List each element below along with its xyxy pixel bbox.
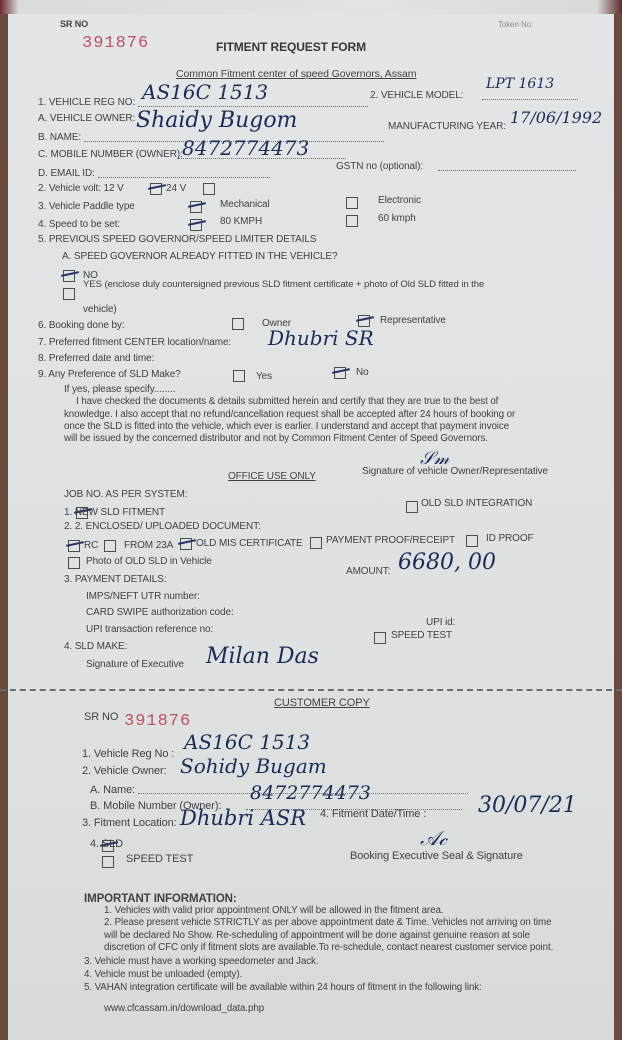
doc-rc-label: RC <box>84 540 98 551</box>
reg-no-line <box>138 105 368 107</box>
sr-label: SR NO <box>60 19 88 29</box>
info-item-1: 1. Vehicles with valid prior appointment… <box>104 905 443 916</box>
old-sld-label: OLD SLD INTEGRATION <box>421 498 532 509</box>
sr-number-stamp: 391876 <box>82 34 149 53</box>
owner-signature-label: Signature of vehicle Owner/Representativ… <box>362 466 548 477</box>
new-sld-label: 1. NEW SLD FITMENT <box>64 507 165 518</box>
doc-form23a-label: FROM 23A <box>124 540 173 551</box>
customer-owner-label: 2. Vehicle Owner: <box>82 765 167 777</box>
mfg-year-label: MANUFACTURING YEAR: <box>388 121 506 132</box>
speed-80-label: 80 KMPH <box>220 216 262 227</box>
customer-reg-label: 1. Vehicle Reg No : <box>82 748 174 760</box>
speed-60-label: 60 kmph <box>378 213 416 224</box>
old-sld-checkbox[interactable] <box>406 501 418 513</box>
sld-pref-no-label: No <box>356 367 369 378</box>
model-value[interactable]: LPT 1613 <box>486 76 554 92</box>
info-item-5: 5. VAHAN integration certificate will be… <box>84 982 482 993</box>
vahan-link[interactable]: www.cfcassam.in/download_data.php <box>104 1003 264 1014</box>
speed-label: 4. Speed to be set: <box>38 219 120 230</box>
gstn-line[interactable] <box>438 169 576 171</box>
photo-old-sld-checkbox[interactable] <box>68 557 80 569</box>
gstn-label: GSTN no (optional): <box>336 161 423 172</box>
email-line[interactable] <box>98 176 270 178</box>
doc-id-proof-label: ID PROOF <box>486 533 534 544</box>
doc-rc-checkbox[interactable] <box>68 540 80 552</box>
customer-name-label: A. Name: <box>90 784 135 796</box>
customer-owner-value[interactable]: Sohidy Bugam <box>180 754 327 778</box>
sld-pref-yes-label: Yes <box>256 371 272 382</box>
info-item-3: 3. Vehicle must have a working speedomet… <box>84 956 318 967</box>
customer-sld-checkbox[interactable] <box>102 840 114 852</box>
doc-payment-checkbox[interactable] <box>310 537 322 549</box>
customer-mobile-value[interactable]: 8472774473 <box>250 782 371 804</box>
email-label: D. EMAIL ID: <box>38 168 95 179</box>
prev-heading: 5. PREVIOUS SPEED GOVERNOR/SPEED LIMITER… <box>38 234 316 245</box>
sld-pref-specify: If yes, please specify........ <box>64 384 175 395</box>
prev-yes-cont: vehicle) <box>83 304 117 315</box>
mobile-label: C. MOBILE NUMBER (OWNER): <box>38 149 183 160</box>
photo-old-sld-label: Photo of OLD SLD in Vehicle <box>86 556 212 567</box>
info-item-2c: discretion of CFC only if fitment slots … <box>104 942 553 953</box>
imps-label: IMPS/NEFT UTR number: <box>86 591 200 602</box>
sld-pref-no-checkbox[interactable] <box>334 367 346 379</box>
declaration-line-3: once the SLD is fitted into the vehicle,… <box>64 421 509 432</box>
name-label: B. NAME: <box>38 132 81 143</box>
pref-date-label: 8. Preferred date and time: <box>38 353 154 364</box>
form-subtitle: Common Fitment center of speed Governors… <box>176 68 416 80</box>
declaration-line-4: will be issued by the concerned distribu… <box>64 433 488 444</box>
office-speed-test-label: SPEED TEST <box>391 630 452 641</box>
customer-location-value[interactable]: Dhubri ASR <box>180 806 306 830</box>
prev-question: A. SPEED GOVERNOR ALREADY FITTED IN THE … <box>62 251 337 262</box>
exec-signature[interactable]: Milan Das <box>206 644 319 669</box>
customer-location-label: 3. Fitment Location: <box>82 817 177 829</box>
customer-sr-number: 391876 <box>124 712 191 731</box>
model-label: 2. VEHICLE MODEL: <box>370 90 463 101</box>
payment-heading: 3. PAYMENT DETAILS: <box>64 574 166 585</box>
customer-seal-label: Booking Executive Seal & Signature <box>350 850 523 862</box>
paddle-electronic-label: Electronic <box>378 195 421 206</box>
speed-60-checkbox[interactable] <box>346 215 358 227</box>
customer-sr-label: SR NO <box>84 711 118 723</box>
customer-date-value[interactable]: 30/07/21 <box>478 793 577 818</box>
info-item-4: 4. Vehicle must be unloaded (empty). <box>84 969 242 980</box>
prev-yes-checkbox[interactable] <box>63 288 75 300</box>
executive-seal-signature[interactable]: 𝒜𝒸 <box>420 826 447 850</box>
owner-label: A. VEHICLE OWNER: <box>38 113 135 124</box>
job-no-label: JOB NO. AS PER SYSTEM: <box>64 489 187 500</box>
model-line <box>482 98 578 100</box>
declaration-line-1: I have checked the documents & details s… <box>76 396 498 407</box>
customer-date-label: 4. Fitment Date/Time : <box>320 808 426 820</box>
customer-speed-test-checkbox[interactable] <box>102 856 114 868</box>
enclosed-label: 2. 2. ENCLOSED/ UPLOADED DOCUMENT: <box>64 521 261 532</box>
office-speed-test-checkbox[interactable] <box>374 632 386 644</box>
sld-pref-label: 9. Any Preference of SLD Make? <box>38 369 181 380</box>
form-title: FITMENT REQUEST FORM <box>216 40 366 54</box>
center-value[interactable]: Dhubri SR <box>268 326 374 350</box>
upi-ref-label: UPI transaction reference no: <box>86 624 213 635</box>
card-swipe-label: CARD SWIPE authorization code: <box>86 607 234 618</box>
token-label: Token No: <box>498 20 533 29</box>
paddle-mechanical-checkbox[interactable] <box>190 201 202 213</box>
office-heading: OFFICE USE ONLY <box>228 471 316 482</box>
booking-owner-checkbox[interactable] <box>232 318 244 330</box>
amount-label: AMOUNT: <box>346 566 390 577</box>
sld-make-label: 4. SLD MAKE: <box>64 641 127 652</box>
reg-no-label: 1. VEHICLE REG NO: <box>38 97 135 108</box>
doc-old-mis-label: OLD MIS CERTIFICATE <box>196 538 303 549</box>
doc-form23a-checkbox[interactable] <box>104 540 116 552</box>
info-heading: IMPORTANT INFORMATION: <box>84 893 237 905</box>
customer-reg-value[interactable]: AS16C 1513 <box>184 730 310 754</box>
info-item-2b: will be declared No Show. Re-scheduling … <box>104 930 530 941</box>
declaration-line-2: knowledge. I also accept that no refund/… <box>64 409 515 420</box>
paddle-mechanical-label: Mechanical <box>220 199 270 210</box>
paddle-electronic-checkbox[interactable] <box>346 197 358 209</box>
booking-label: 6. Booking done by: <box>38 320 125 331</box>
mfg-year-value[interactable]: 17/06/1992 <box>510 108 602 127</box>
volt-24v-checkbox[interactable] <box>203 183 215 195</box>
doc-payment-label: PAYMENT PROOF/RECEIPT <box>326 535 455 546</box>
exec-signature-label: Signature of Executive <box>86 659 184 670</box>
owner-value[interactable]: Shaidy Bugom <box>136 108 297 133</box>
customer-speed-test-label: SPEED TEST <box>126 853 193 865</box>
doc-old-mis-checkbox[interactable] <box>180 538 192 550</box>
volt-24v-label: 24 V <box>166 183 186 194</box>
reg-no-value[interactable]: AS16C 1513 <box>142 80 268 104</box>
doc-id-proof-checkbox[interactable] <box>466 535 478 547</box>
volt-12v-checkbox[interactable] <box>150 183 162 195</box>
sld-pref-yes-checkbox[interactable] <box>233 370 245 382</box>
speed-80-checkbox[interactable] <box>190 219 202 231</box>
center-label: 7. Preferred fitment CENTER location/nam… <box>38 337 231 348</box>
upi-id-label: UPI id: <box>426 617 455 628</box>
prev-yes-label: YES (enclose duly countersigned previous… <box>83 279 484 290</box>
tear-line <box>0 689 622 691</box>
background-edge <box>0 0 622 14</box>
mobile-value[interactable]: 8472774473 <box>182 136 309 160</box>
customer-copy-heading: CUSTOMER COPY <box>274 697 370 709</box>
booking-representative-label: Representative <box>380 315 446 326</box>
info-item-2: 2. Please present vehicle STRICTLY as pe… <box>104 917 551 928</box>
volt-label: 2. Vehicle volt: 12 V <box>38 183 124 194</box>
paddle-label: 3. Vehicle Paddle type <box>38 201 135 212</box>
amount-value[interactable]: 6680, 00 <box>398 550 496 575</box>
prev-no-checkbox[interactable] <box>63 270 75 282</box>
